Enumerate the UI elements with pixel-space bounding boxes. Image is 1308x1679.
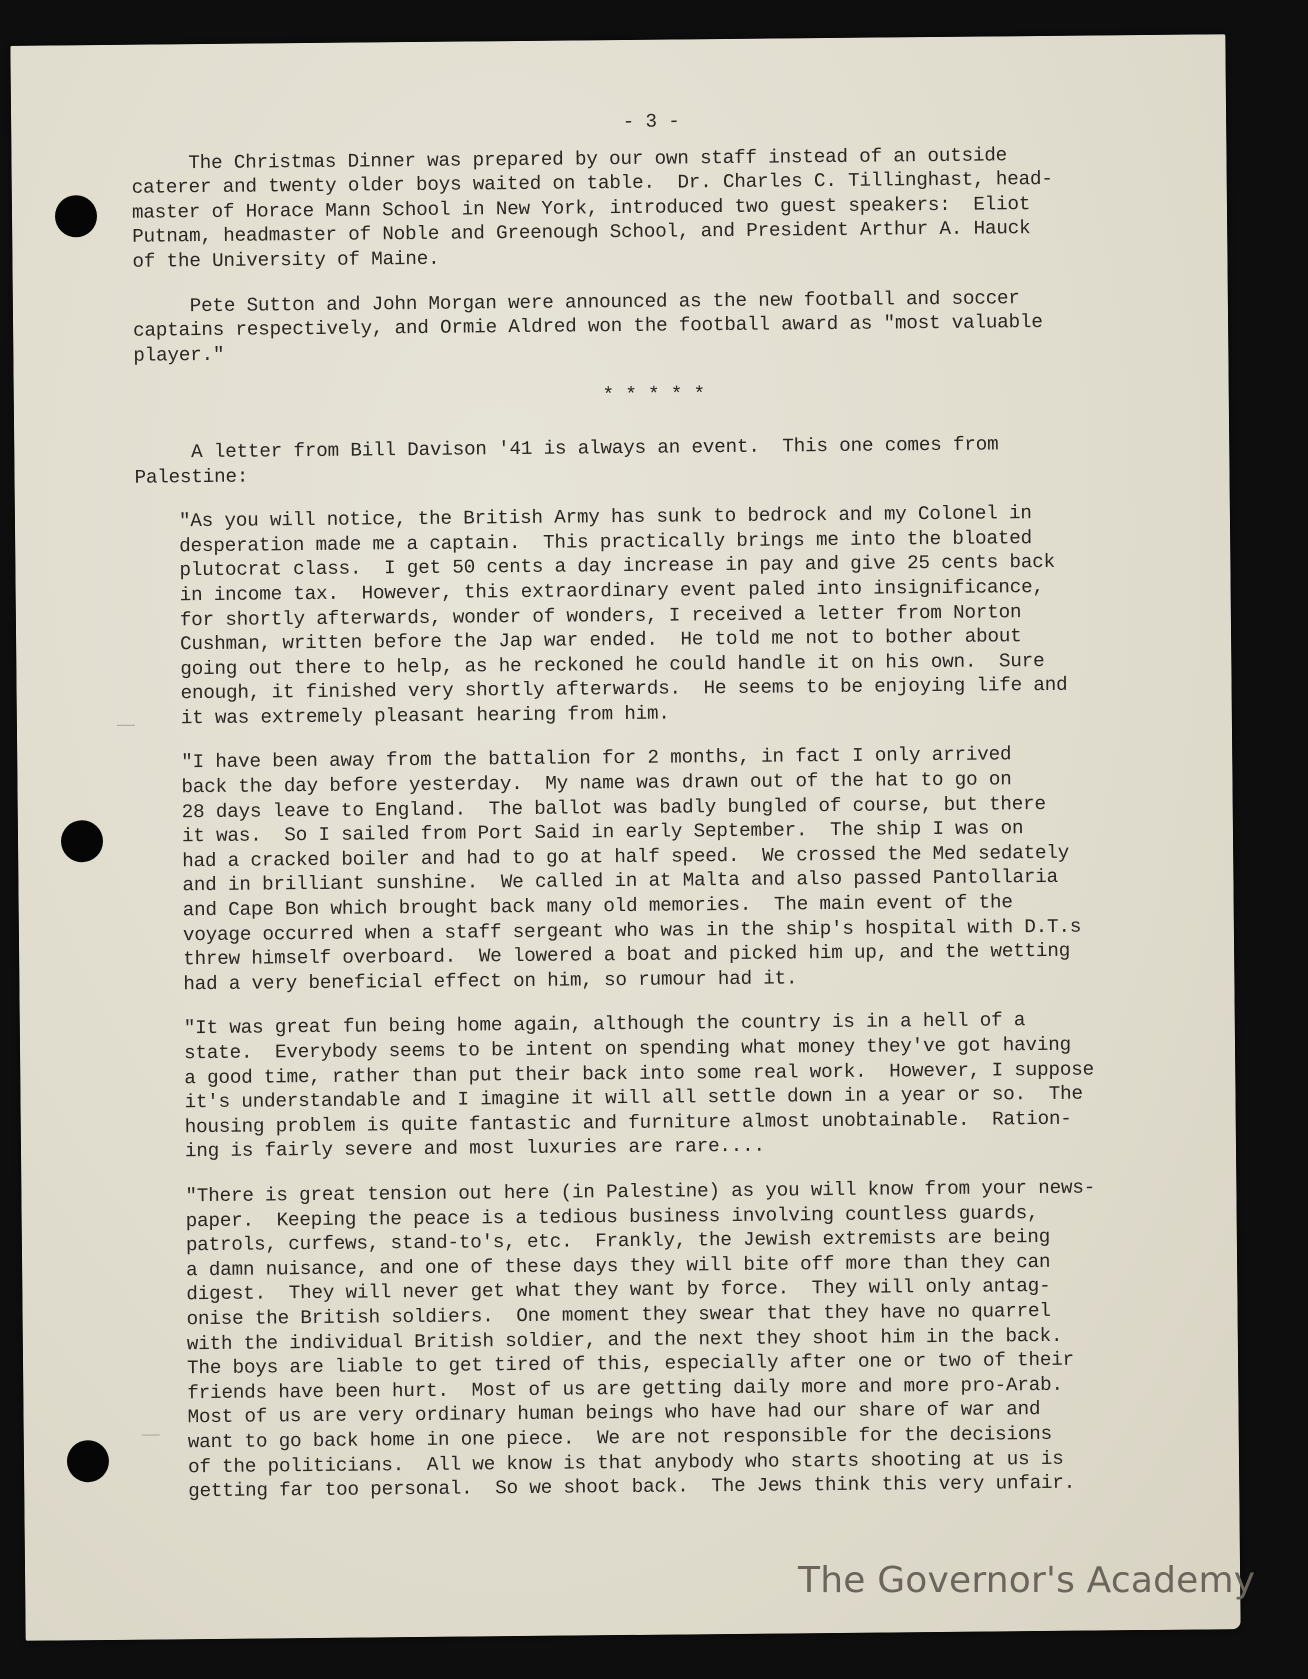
page-number: - 3 - xyxy=(171,105,1131,139)
paragraph-christmas-dinner: The Christmas Dinner was prepared by our… xyxy=(131,142,1132,275)
paragraph-letter-intro: A letter from Bill Davison '41 is always… xyxy=(134,431,1134,490)
section-separator: * * * * * xyxy=(174,378,1134,412)
letter-paragraph-leave: "I have been away from the battalion for… xyxy=(181,742,1139,997)
punch-hole-top xyxy=(55,195,97,237)
letter-paragraph-palestine: "There is great tension out here (in Pal… xyxy=(185,1175,1144,1504)
pencil-mark xyxy=(117,725,135,726)
punch-hole-middle xyxy=(61,820,103,862)
typewritten-text: - 3 - The Christmas Dinner was prepared … xyxy=(131,105,1144,1524)
letter-paragraph-home: "It was great fun being home again, alth… xyxy=(184,1007,1141,1164)
letter-paragraph-captain: "As you will notice, the British Army ha… xyxy=(179,500,1137,731)
document-page: - 3 - The Christmas Dinner was prepared … xyxy=(10,34,1240,1641)
watermark-label: The Governor's Academy xyxy=(798,1560,1255,1601)
paragraph-captains: Pete Sutton and John Morgan were announc… xyxy=(133,285,1134,368)
punch-hole-bottom xyxy=(67,1440,109,1482)
